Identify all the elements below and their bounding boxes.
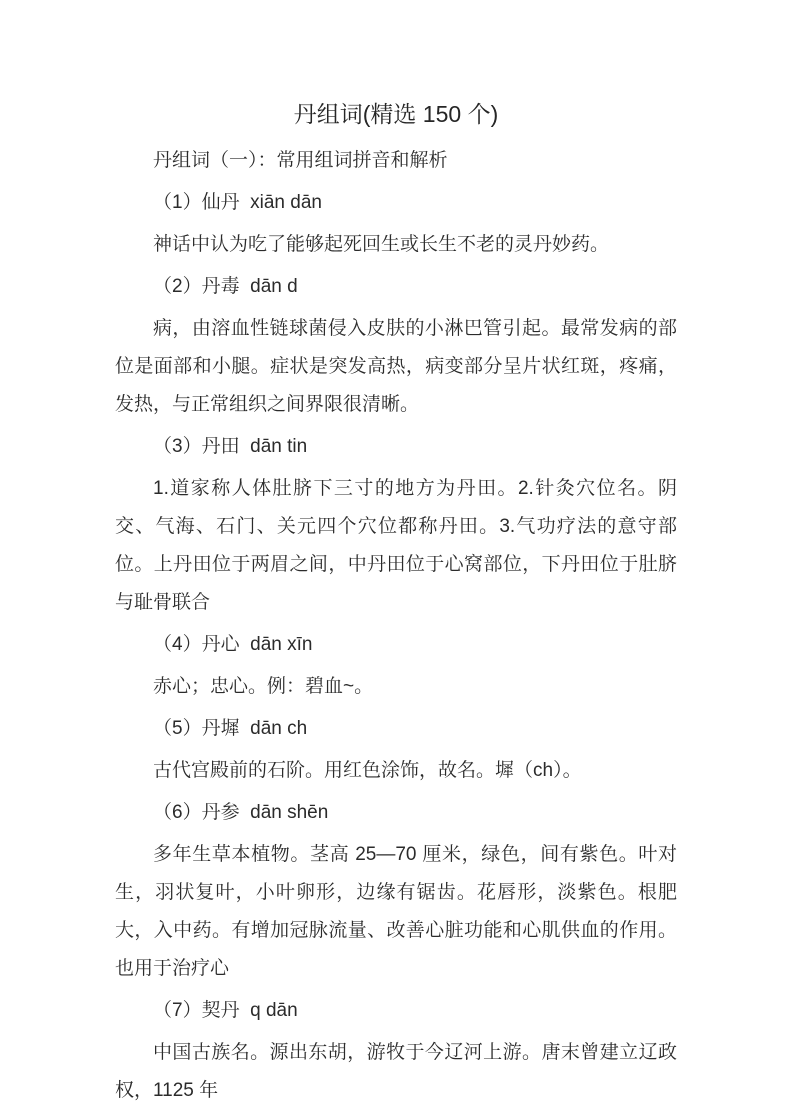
body-paragraph: 古代宫殿前的石阶。用红色涂饰，故名。墀（ch）。	[115, 752, 677, 790]
document-page: 丹组词(精选 150 个) 丹组词（一）：常用组词拼音和解析（1）仙丹 xiān…	[0, 0, 792, 1120]
body-paragraph: 病，由溶血性链球菌侵入皮肤的小淋巴管引起。最常发病的部位是面部和小腿。症状是突发…	[115, 310, 677, 424]
entry-heading: （4）丹心 dān xīn	[115, 626, 677, 664]
entry-heading: （5）丹墀 dān ch	[115, 710, 677, 748]
body-paragraph: 神话中认为吃了能够起死回生或长生不老的灵丹妙药。	[115, 226, 677, 264]
entry-heading: （6）丹参 dān shēn	[115, 794, 677, 832]
entry-heading: （7）契丹 q dān	[115, 992, 677, 1030]
section-subtitle: 丹组词（一）：常用组词拼音和解析	[115, 142, 677, 180]
entry-heading: （2）丹毒 dān d	[115, 268, 677, 306]
entry-heading: （3）丹田 dān tin	[115, 428, 677, 466]
body-paragraph: 1.道家称人体肚脐下三寸的地方为丹田。2.针灸穴位名。阴交、气海、石门、关元四个…	[115, 470, 677, 622]
entry-heading: （1）仙丹 xiān dān	[115, 184, 677, 222]
page-title: 丹组词(精选 150 个)	[115, 98, 677, 130]
document-body: 丹组词（一）：常用组词拼音和解析（1）仙丹 xiān dān神话中认为吃了能够起…	[115, 142, 677, 1110]
body-paragraph: 多年生草本植物。茎高 25—70 厘米，绿色，间有紫色。叶对生，羽状复叶，小叶卵…	[115, 836, 677, 988]
body-paragraph: 中国古族名。源出东胡，游牧于今辽河上游。唐末曾建立辽政权，1125 年	[115, 1034, 677, 1110]
body-paragraph: 赤心；忠心。例：碧血~。	[115, 668, 677, 706]
